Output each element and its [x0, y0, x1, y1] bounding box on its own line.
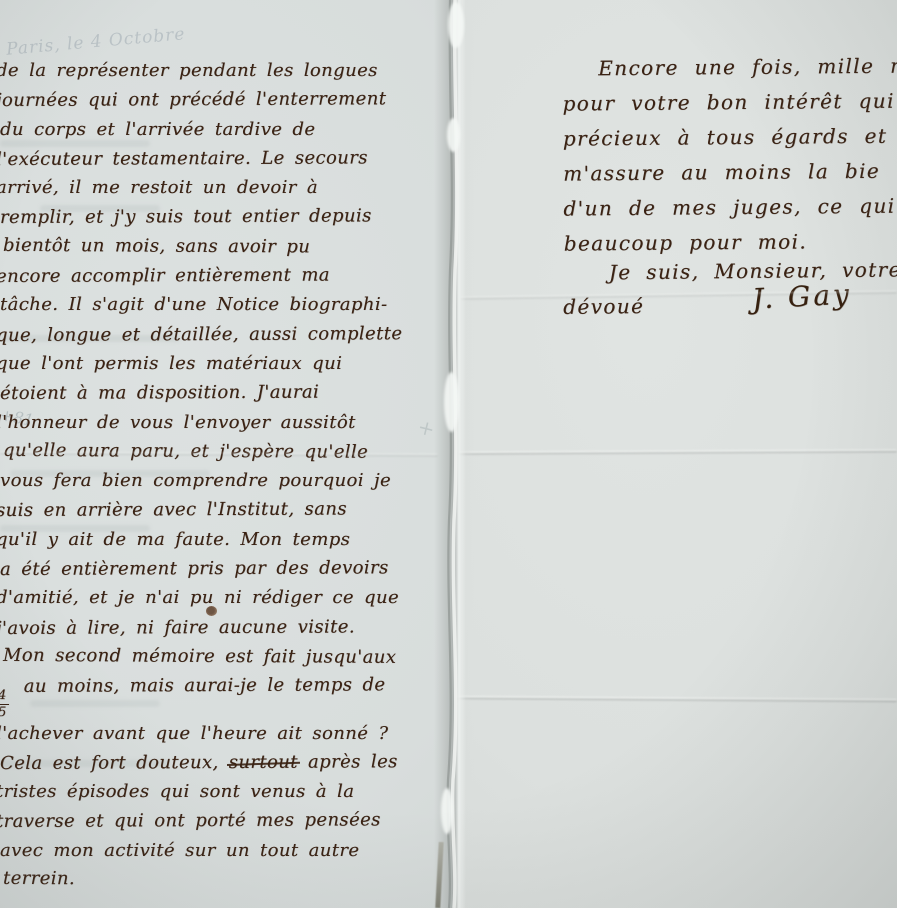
manuscript-text: m'assure au moins la bie: [563, 159, 880, 186]
manuscript-line: j'avois à lire, ni faire aucune visite.: [0, 612, 456, 643]
manuscript-text: l'achever avant que l'heure ait sonné ?: [0, 723, 388, 744]
ink-blot: [206, 606, 217, 616]
manuscript-text: encore accomplir entièrement ma: [0, 265, 330, 287]
manuscript-line: Mon second mémoire est fait jusqu'aux: [3, 641, 456, 673]
torn-edge-highlight: [441, 788, 453, 834]
bleedthrough-date-text: Paris, le 4 Octobre: [5, 24, 186, 60]
letter-photo: Paris, le 4 Octobre +81 + de la représen…: [0, 0, 897, 908]
manuscript-line: étoient à ma disposition. J'aurai: [0, 377, 456, 408]
manuscript-text: tâche. Il s'agit d'une Notice biographi-: [0, 294, 387, 315]
manuscript-text: que, longue et détaillée, aussi complett…: [0, 323, 402, 346]
torn-edge-highlight: [447, 118, 460, 152]
manuscript-line: arrivé, il me restoit un devoir à: [0, 173, 456, 202]
manuscript-line: Encore une fois, mille remer: [562, 48, 897, 86]
manuscript-text: l'honneur de vous l'envoyer aussitôt: [0, 412, 356, 433]
manuscript-line: précieux à tous égards et: [563, 118, 897, 156]
manuscript-text: tristes épisodes qui sont venus à la: [0, 781, 354, 802]
manuscript-text: étoient à ma disposition. J'aurai: [0, 382, 319, 404]
manuscript-line: bientôt un mois, sans avoir pu: [3, 231, 456, 263]
manuscript-text: traverse et qui ont porté mes pensées: [0, 810, 381, 833]
manuscript-text: après les: [298, 751, 398, 772]
manuscript-text: arrivé, il me restoit un devoir à: [0, 177, 318, 198]
torn-edge-highlight: [444, 372, 459, 432]
manuscript-text: Encore une fois, mille remer: [598, 53, 897, 80]
manuscript-line: qu'il y ait de ma faute. Mon temps: [0, 525, 456, 554]
manuscript-line: remplir, et j'y suis tout entier depuis: [0, 201, 456, 232]
manuscript-line: de la représenter pendant les longues: [0, 56, 456, 85]
manuscript-text: bientôt un mois, sans avoir pu: [3, 235, 310, 258]
manuscript-line: l'honneur de vous l'envoyer aussitôt: [0, 408, 456, 437]
manuscript-line: journées qui ont précédé l'enterrement: [0, 84, 456, 115]
manuscript-line: m'assure au moins la bie: [563, 153, 897, 191]
manuscript-text: journées qui ont précédé l'enterrement: [0, 89, 386, 112]
manuscript-text: de la représenter pendant les longues: [0, 60, 378, 81]
manuscript-line: terrein.: [3, 864, 456, 896]
manuscript-line: avec mon activité sur un tout autre: [0, 836, 456, 865]
manuscript-line: suis en arrière avec l'Institut, sans: [0, 494, 456, 525]
manuscript-text: Mon second mémoire est fait jusqu'aux: [3, 645, 396, 668]
manuscript-line: d'amitié, et je n'ai pu ni rédiger ce qu…: [0, 583, 456, 612]
manuscript-line: du corps et l'arrivée tardive de: [0, 115, 456, 144]
struck-word: surtout: [229, 752, 298, 773]
manuscript-line: Cela est fort douteux, surtout après les: [0, 747, 456, 778]
signature: J. Gay: [751, 277, 852, 315]
manuscript-line: l'exécuteur testamentaire. Le secours: [0, 143, 456, 174]
manuscript-text: Je suis, Monsieur, votre: [609, 257, 897, 284]
manuscript-line: que l'ont permis les matériaux qui: [0, 349, 456, 378]
manuscript-line: vous fera bien comprendre pourquoi je: [0, 466, 456, 495]
manuscript-line: tristes épisodes qui sont venus à la: [0, 777, 456, 806]
manuscript-line: que, longue et détaillée, aussi complett…: [0, 319, 456, 350]
manuscript-text: du corps et l'arrivée tardive de: [0, 119, 315, 140]
manuscript-text: d'amitié, et je n'ai pu ni rédiger ce qu…: [0, 587, 399, 608]
manuscript-text: terrein.: [3, 868, 75, 889]
manuscript-text: suis en arrière avec l'Institut, sans: [0, 499, 347, 522]
manuscript-text: pour votre bon intérêt qui: [562, 89, 894, 116]
manuscript-text: au moins, mais aurai-je le temps de: [14, 675, 386, 698]
manuscript-line: a été entièrement pris par des devoirs: [0, 553, 456, 584]
manuscript-text: l'exécuteur testamentaire. Le secours: [0, 147, 368, 170]
manuscript-line: d'un de mes juges, ce qui déf: [563, 188, 897, 226]
manuscript-line: encore accomplir entièrement ma: [0, 260, 456, 291]
manuscript-line: l'achever avant que l'heure ait sonné ?: [0, 719, 456, 748]
left-page-text: de la représenter pendant les longuesjou…: [0, 56, 456, 894]
fraction-four-fifths: 45: [0, 689, 9, 719]
manuscript-line: 45 au moins, mais aurai-je le temps de: [0, 670, 456, 719]
manuscript-text: vous fera bien comprendre pourquoi je: [0, 470, 391, 491]
manuscript-text: que l'ont permis les matériaux qui: [0, 353, 342, 374]
right-page-text: Encore une fois, mille remerpour votre b…: [562, 48, 897, 261]
manuscript-line: traverse et qui ont porté mes pensées: [0, 805, 456, 836]
manuscript-text: d'un de mes juges, ce qui: [563, 194, 897, 221]
manuscript-line: pour votre bon intérêt qui: [562, 83, 897, 121]
manuscript-text: j'avois à lire, ni faire aucune visite.: [0, 616, 355, 639]
left-page: Paris, le 4 Octobre +81 + de la représen…: [0, 0, 462, 908]
manuscript-text: a été entièrement pris par des devoirs: [0, 557, 389, 580]
manuscript-text: remplir, et j'y suis tout entier depuis: [0, 206, 372, 229]
torn-edge-highlight: [448, 2, 464, 48]
manuscript-text: Cela est fort douteux,: [0, 752, 229, 774]
manuscript-line: tâche. Il s'agit d'une Notice biographi-: [0, 290, 456, 319]
manuscript-text: qu'il y ait de ma faute. Mon temps: [0, 529, 350, 550]
manuscript-text: avec mon activité sur un tout autre: [0, 840, 359, 861]
manuscript-text: précieux à tous égards et: [563, 124, 888, 151]
manuscript-text: beaucoup pour moi.: [564, 229, 808, 255]
